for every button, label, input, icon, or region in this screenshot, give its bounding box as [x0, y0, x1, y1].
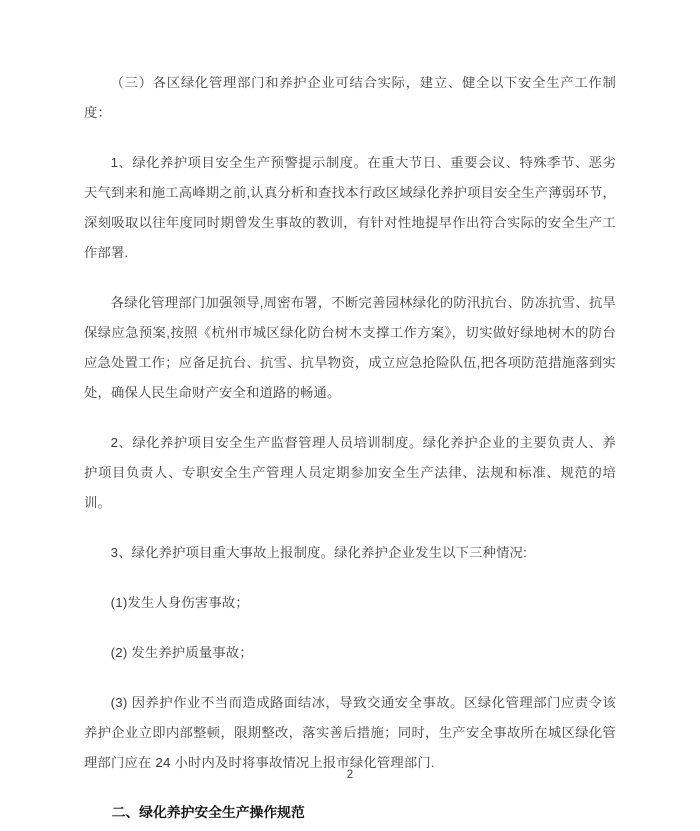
- paragraph-intro: （三）各区绿化管理部门和养护企业可结合实际，建立、健全以下安全生产工作制度：: [84, 68, 616, 128]
- page-number: 2: [0, 768, 700, 782]
- paragraph-warning-system: 1、绿化养护项目安全生产预警提示制度。在重大节日、重要会议、特殊季节、恶劣天气到…: [84, 148, 616, 268]
- list-item-accident-2: (2) 发生养护质量事故；: [84, 638, 616, 668]
- document-page: （三）各区绿化管理部门和养护企业可结合实际，建立、健全以下安全生产工作制度： 1…: [0, 0, 700, 831]
- section-heading: 二、绿化养护安全生产操作规范: [84, 798, 616, 828]
- list-item-accident-3: (3) 因养护作业不当而造成路面结冰，导致交通安全事故。区绿化管理部门应责令该养…: [84, 688, 616, 778]
- list-item-accident-1: (1)发生人身伤害事故；: [84, 588, 616, 618]
- paragraph-training-system: 2、绿化养护项目安全生产监督管理人员培训制度。绿化养护企业的主要负责人、养护项目…: [84, 428, 616, 518]
- paragraph-emergency-plan: 各绿化管理部门加强领导,周密布署，不断完善园林绿化的防汛抗台、防冻抗雪、抗旱保绿…: [84, 288, 616, 408]
- paragraph-accident-report-system: 3、绿化养护项目重大事故上报制度。绿化养护企业发生以下三种情况:: [84, 538, 616, 568]
